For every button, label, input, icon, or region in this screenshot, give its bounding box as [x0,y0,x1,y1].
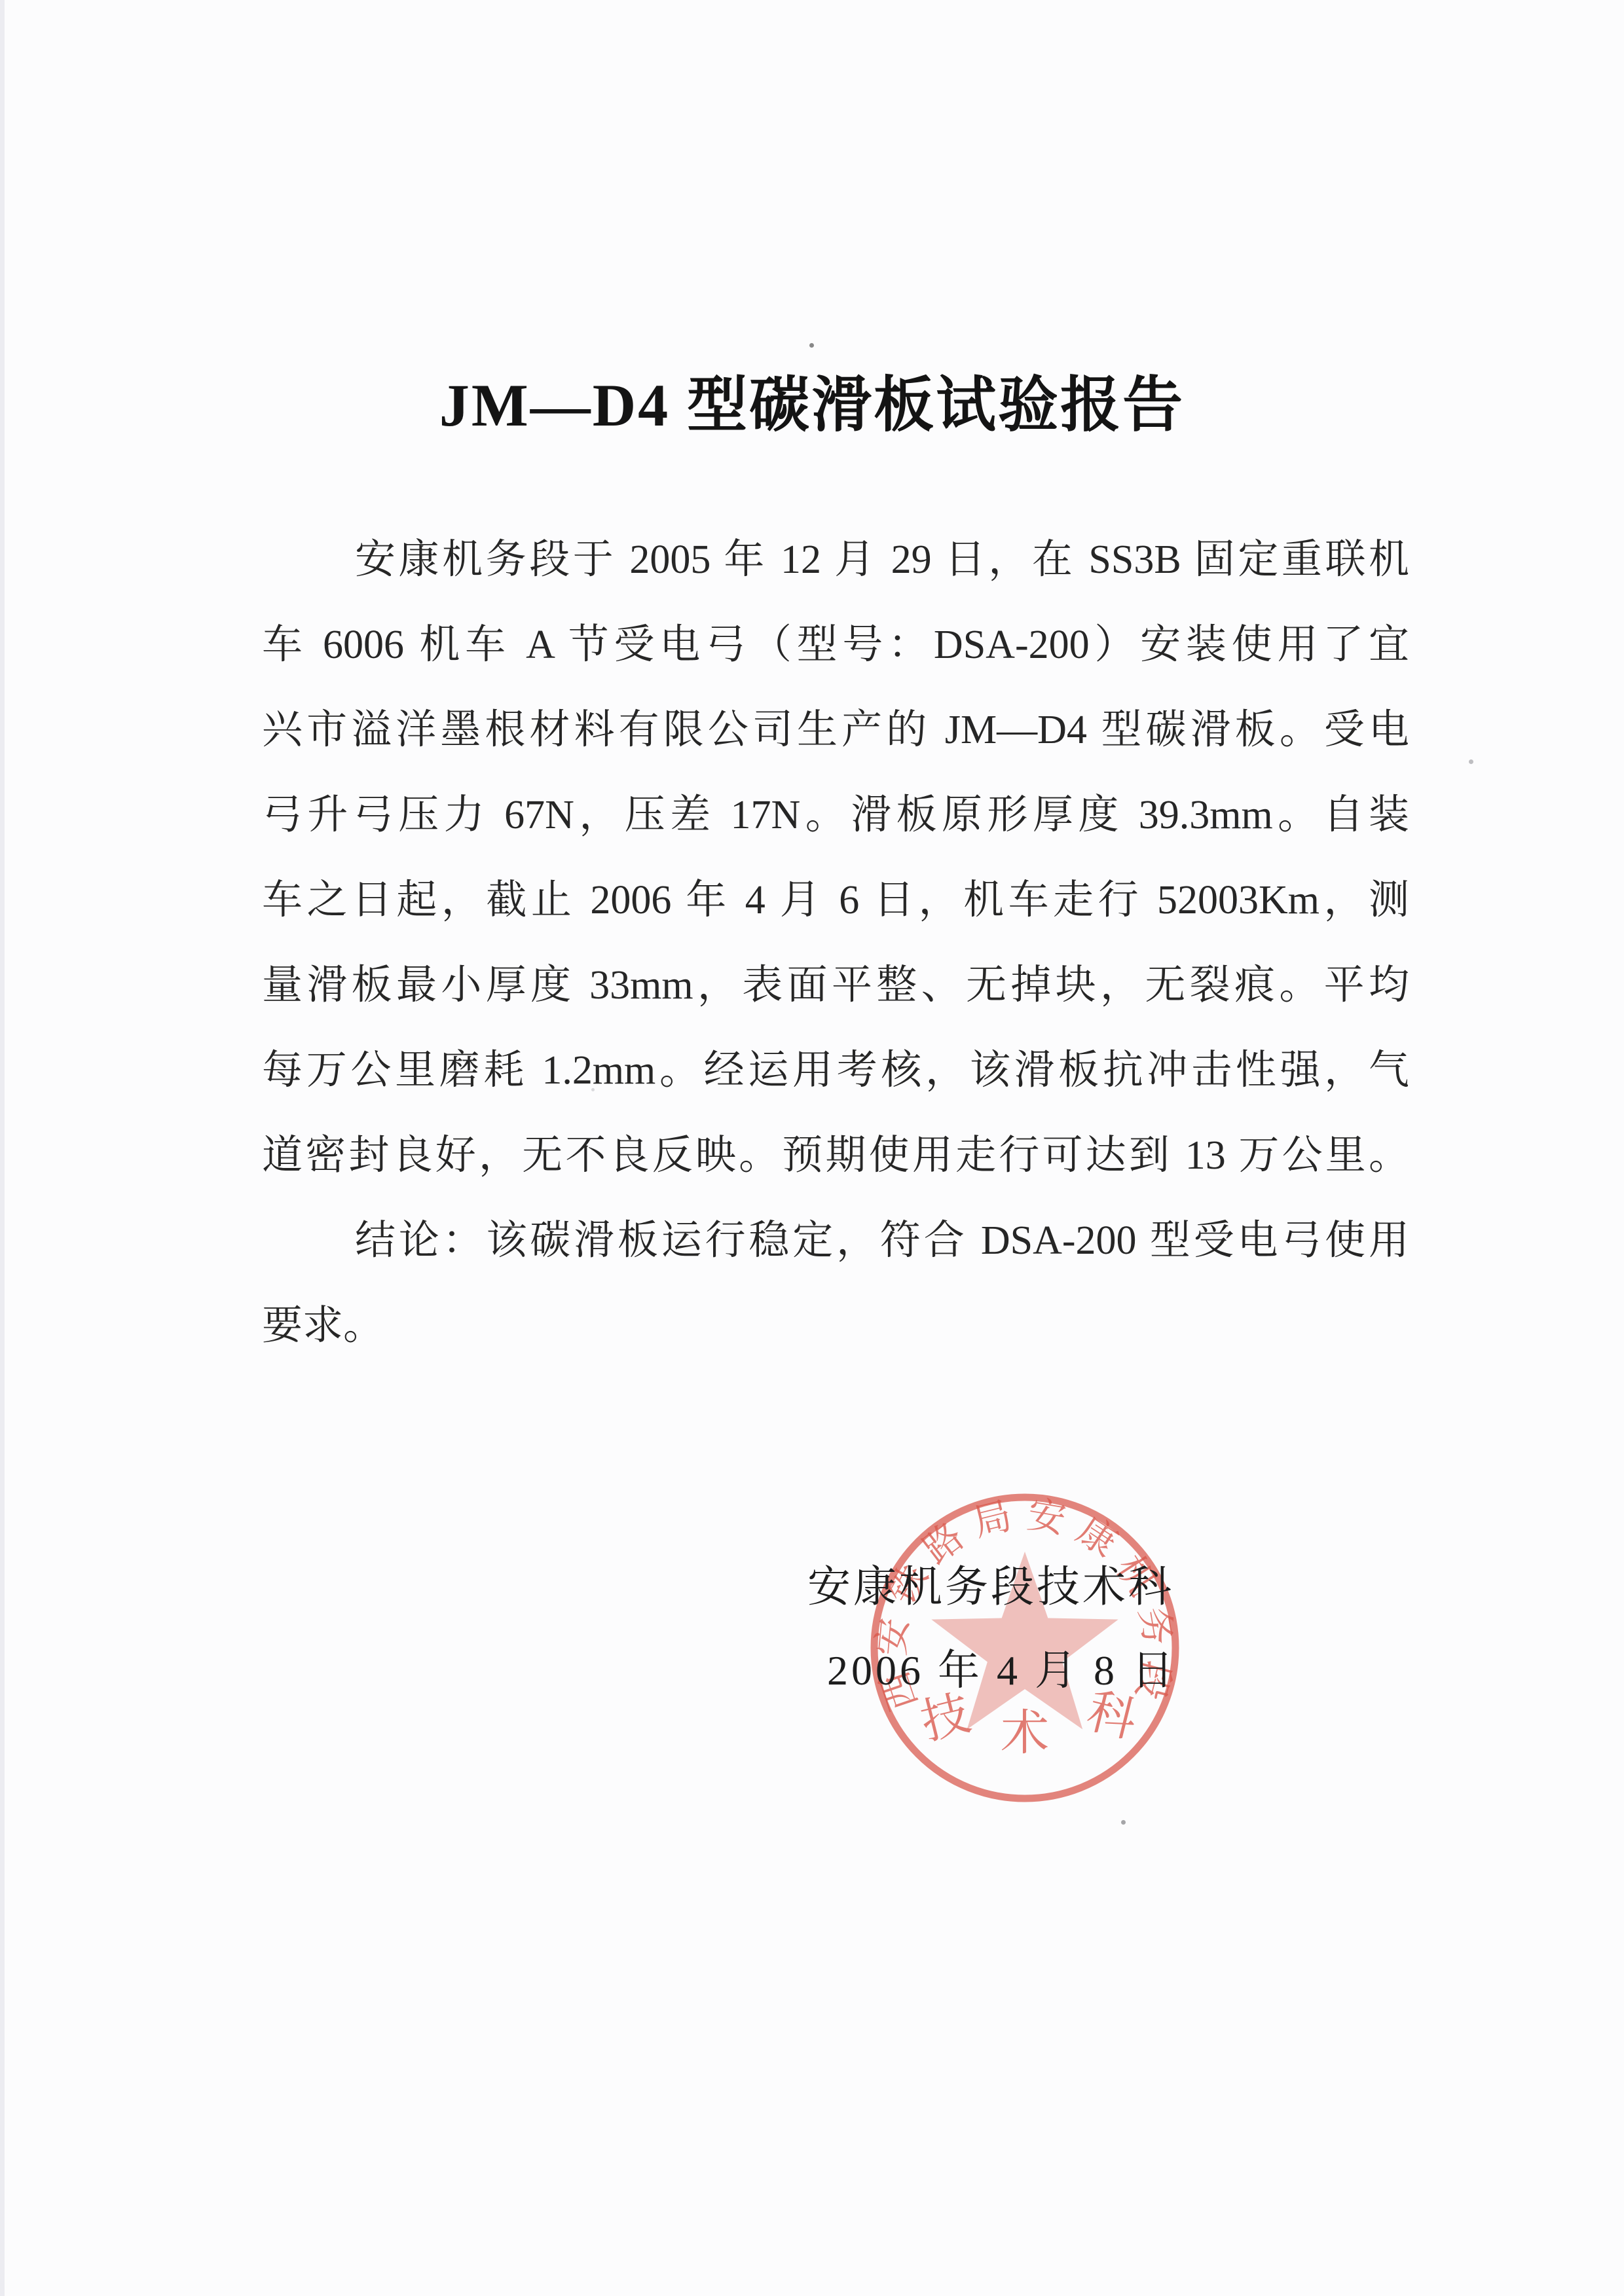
body-line: 安康机务段于 2005 年 12 月 29 日，在 SS3B 固定重联机 [262,517,1409,602]
scanner-edge-shadow [0,0,5,2296]
body-line: 兴市溢洋墨根材料有限公司生产的 JM—D4 型碳滑板。受电 [262,687,1409,773]
report-title: JM—D4 型碳滑板试验报告 [0,357,1624,443]
body-line-conclusion: 结论：该碳滑板运行稳定，符合 DSA-200 型受电弓使用 [262,1198,1409,1283]
body-line: 车之日起，截止 2006 年 4 月 6 日，机车走行 52003Km，测 [262,858,1409,943]
body-line: 每万公里磨耗 1.2mm。经运用考核，该滑板抗冲击性强，气 [262,1028,1409,1113]
scanned-report-page: JM—D4 型碳滑板试验报告 安康机务段于 2005 年 12 月 29 日，在… [0,0,1624,2296]
body-line: 量滑板最小厚度 33mm，表面平整、无掉块，无裂痕。平均 [262,943,1409,1028]
body-line: 要求。 [262,1283,1409,1368]
signature-department: 安康机务段技术科 [807,1561,1174,1614]
report-body: 安康机务段于 2005 年 12 月 29 日，在 SS3B 固定重联机 车 6… [262,517,1409,1368]
scan-speck [1121,1820,1126,1825]
scan-speck [809,343,814,348]
signature-date: 2006 年 4 月 8 日 [827,1645,1177,1697]
scan-speck [1469,759,1473,764]
scan-speck [591,1088,595,1091]
body-line: 道密封良好，无不良反映。预期使用走行可达到 13 万公里。 [262,1113,1409,1198]
seal-bottom-char: 术 [1001,1707,1049,1760]
body-line: 车 6006 机车 A 节受电弓（型号：DSA-200）安装使用了宜 [262,602,1409,687]
body-line: 弓升弓压力 67N，压差 17N。滑板原形厚度 39.3mm。自装 [262,773,1409,858]
